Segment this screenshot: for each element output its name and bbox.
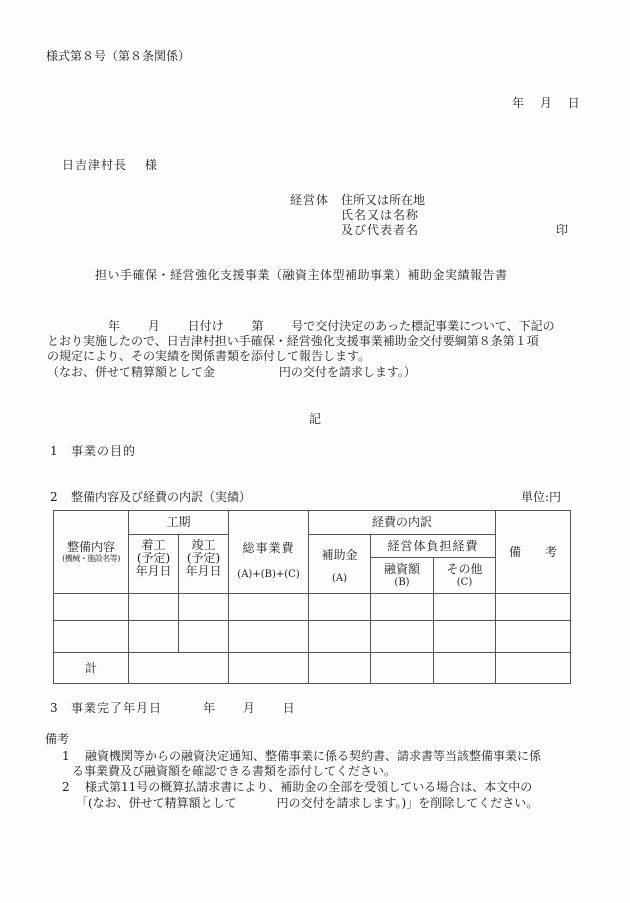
body-line-4: （なお、併せて精算額として金 円の交付を請求します。） [47,365,416,379]
cell-subsidy[interactable] [309,621,371,653]
total-remarks[interactable] [496,653,571,684]
header-other: その他 (C) [434,558,496,594]
total-total[interactable] [229,653,309,684]
form-number: 様式第８号（第８条関係） [46,49,190,63]
representative-label: 及び代表者名 [341,223,419,237]
note-2-number: 2 [62,780,70,794]
address-label: 住所又は所在地 [341,193,425,207]
total-loan[interactable] [371,653,434,684]
note-2-line-2: 「(なお、併せて精算額として 円の交付を請求します。)」を削除してください。 [76,796,538,810]
header-breakdown: 経費の内訳 [309,511,496,535]
header-other-code: (C) [434,576,495,589]
cell-other[interactable] [434,621,496,653]
header-end-3: 年月日 [179,565,228,578]
header-total-label: 総事業費 [229,542,308,555]
completion-date: 年 月 日 [203,701,295,715]
table-row [54,621,571,653]
section-3-number: 3 [50,701,58,715]
header-total-formula: (A)+(B)+(C) [229,568,308,581]
total-period[interactable] [129,653,229,684]
header-other-label: その他 [434,563,495,576]
body-line-2: とおり実施したので、日吉津村担い手確保・経営強化支援事業補助金交付要綱第８条第１… [47,334,539,348]
note-1-line-2: る事業費及び融資額を確認できる書類を添付してください。 [72,764,396,778]
header-start: 着工 (予定) 年月日 [129,535,179,594]
applicant-label: 経営体 [290,193,329,207]
cell-end[interactable] [179,594,229,621]
header-subsidy-label: 補助金 [309,549,370,562]
header-content-label: 整備内容 [54,541,128,554]
cell-subsidy[interactable] [309,594,371,621]
note-2-line-1: 様式第11号の概算払請求書により、補助金の全部を受領している場合は、本文中の [85,780,532,794]
name-label: 氏名又は名称 [341,208,419,222]
header-total: 総事業費 (A)+(B)+(C) [229,511,309,594]
document-title: 担い手確保・経営強化支援事業（融資主体型補助事業）補助金実績報告書 [95,268,508,282]
header-loan: 融資額 (B) [371,558,434,594]
cell-other[interactable] [434,594,496,621]
cell-total[interactable] [229,621,309,653]
cell-total[interactable] [229,594,309,621]
header-loan-label: 融資額 [371,563,433,576]
cell-remarks[interactable] [496,621,571,653]
cell-content[interactable] [54,621,129,653]
total-subsidy[interactable] [309,653,371,684]
section-1-title: 事業の目的 [71,444,136,458]
table-row [54,594,571,621]
ki-heading: 記 [309,412,321,426]
cell-start[interactable] [129,621,179,653]
cell-loan[interactable] [371,621,434,653]
note-1-number: 1 [62,749,70,763]
unit-label: 単位:円 [521,490,561,504]
header-remarks: 備 考 [496,511,571,594]
addressee: 日吉津村長 様 [62,158,158,172]
cell-end[interactable] [179,621,229,653]
header-subsidy-code: (A) [309,572,370,585]
cell-loan[interactable] [371,594,434,621]
header-burden: 経営体負担経費 [371,535,496,558]
seal-mark: 印 [556,223,568,237]
header-start-3: 年月日 [129,565,178,578]
total-label: 計 [54,653,129,684]
note-1-line-1: 融資機関等からの融資決定通知、整備事業に係る契約書、請求書等当該整備事業に係 [85,749,541,763]
header-subsidy: 補助金 (A) [309,535,371,594]
header-loan-code: (B) [371,576,433,589]
notes-heading: 備考 [45,732,69,746]
section-2-title: 整備内容及び経費の内訳（実績） [71,490,251,504]
total-other[interactable] [434,653,496,684]
section-1-number: 1 [50,444,58,458]
section-3-title: 事業完了年月日 [71,701,162,715]
header-period: 工期 [129,511,229,535]
body-line-3: の規定により、その実績を関係書類を添付して報告します。 [47,349,370,363]
header-content-sub: (機械・施設名等) [54,554,128,564]
submission-date: 年 月 日 [512,96,580,110]
header-end: 竣工 (予定) 年月日 [179,535,229,594]
expense-table: 整備内容 (機械・施設名等) 工期 総事業費 (A)+(B)+(C) 経費の内訳… [53,510,571,684]
total-row: 計 [54,653,571,684]
cell-start[interactable] [129,594,179,621]
cell-content[interactable] [54,594,129,621]
header-content: 整備内容 (機械・施設名等) [54,511,129,594]
body-line-1: 年 月 日付け 第 号で交付決定のあった標記事業について、下記の [108,319,555,333]
cell-remarks[interactable] [496,594,571,621]
section-2-number: 2 [50,490,58,504]
